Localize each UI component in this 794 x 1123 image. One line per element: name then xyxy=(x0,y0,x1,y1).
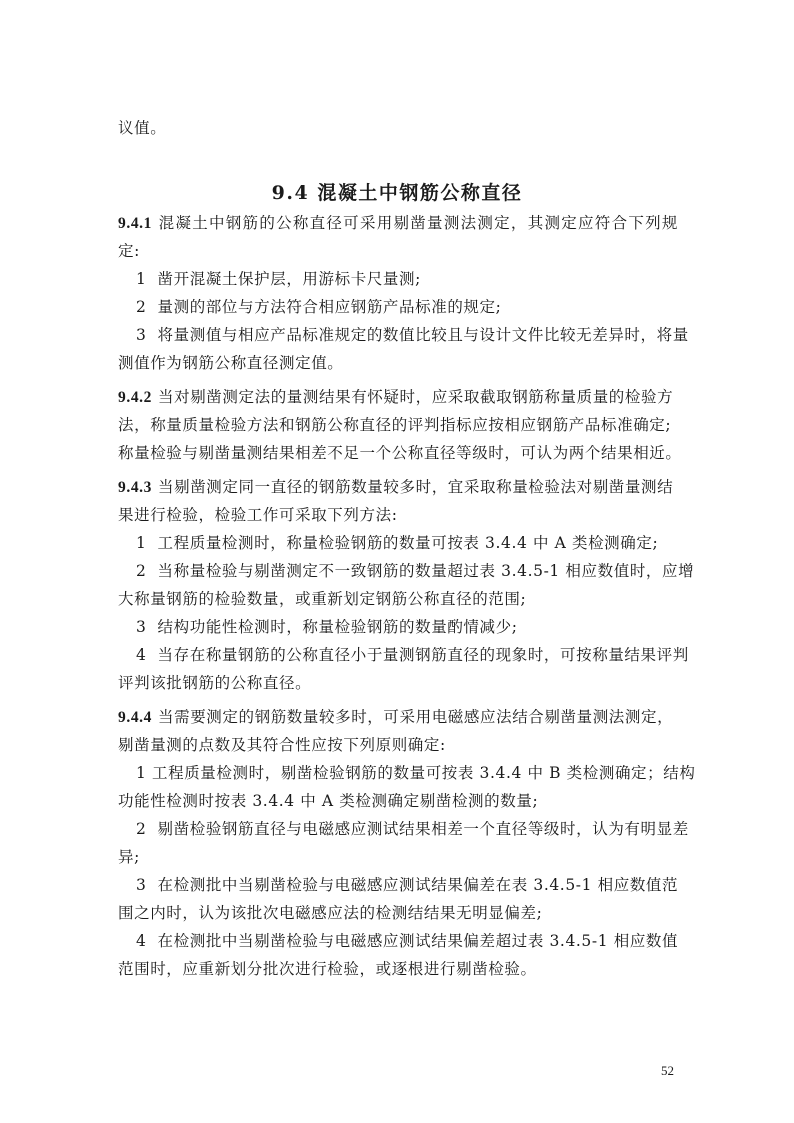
clause-number: 9.4.4 xyxy=(118,709,152,726)
clause-9-4-1-item-2: 2 量测的部位与方法符合相应钢筋产品标准的规定; xyxy=(136,297,696,317)
clause-9-4-2-line-3: 称量检验与剔凿量测结果相差不足一个公称直径等级时，可认为两个结果相近。 xyxy=(118,443,678,463)
clause-9-4-4-item-4-line-2: 范围时，应重新划分批次进行检验，或逐根进行剔凿检验。 xyxy=(118,959,678,979)
section-number: 9.4 xyxy=(272,182,310,204)
clause-9-4-4-item-1-line-2: 功能性检测时按表 3.4.4 中 A 类检测确定剔凿检测的数量; xyxy=(118,791,678,811)
clause-9-4-3-item-2-line-1: 2 当称量检验与剔凿测定不一致钢筋的数量超过表 3.4.5-1 相应数值时，应增 xyxy=(136,561,696,581)
clause-9-4-1-item-3-line-2: 测值作为钢筋公称直径测定值。 xyxy=(118,353,678,373)
carryover-text: 议值。 xyxy=(118,118,678,138)
clause-9-4-4-item-1-line-1: 1 工程质量检测时，剔凿检验钢筋的数量可按表 3.4.4 中 B 类检测确定；结… xyxy=(136,763,696,783)
clause-9-4-3-line-2: 果进行检验，检验工作可采取下列方法: xyxy=(118,505,678,525)
clause-9-4-3-line-1: 9.4.3当剔凿测定同一直径的钢筋数量较多时，宜采取称量检验法对剔凿量测结 xyxy=(118,477,678,498)
clause-9-4-2-line-2: 法，称量质量检验方法和钢筋公称直径的评判指标应按相应钢筋产品标准确定; xyxy=(118,415,678,435)
clause-number: 9.4.2 xyxy=(118,389,152,406)
clause-9-4-1-item-3-line-1: 3 将量测值与相应产品标准规定的数值比较且与设计文件比较无差异时，将量 xyxy=(136,325,678,345)
clause-9-4-4-item-2-line-2: 异; xyxy=(118,847,678,867)
clause-9-4-3-item-4-line-1: 4 当存在称量钢筋的公称直径小于量测钢筋直径的现象时，可按称量结果评判 xyxy=(136,645,696,665)
clause-number: 9.4.1 xyxy=(118,215,152,232)
clause-9-4-3-item-3: 3 结构功能性检测时，称量检验钢筋的数量酌情减少; xyxy=(136,617,696,637)
clause-9-4-4-item-4-line-1: 4 在检测批中当剔凿检验与电磁感应测试结果偏差超过表 3.4.5-1 相应数值 xyxy=(136,931,696,951)
clause-9-4-3-item-4-line-2: 评判该批钢筋的公称直径。 xyxy=(118,673,678,693)
clause-9-4-4-item-2-line-1: 2 剔凿检验钢筋直径与电磁感应测试结果相差一个直径等级时，认为有明显差 xyxy=(136,819,696,839)
document-page: 议值。 9.4 混凝土中钢筋公称直径 9.4.1混凝土中钢筋的公称直径可采用剔凿… xyxy=(0,0,794,1123)
clause-9-4-4-line-1: 9.4.4当需要测定的钢筋数量较多时，可采用电磁感应法结合剔凿量测法测定， xyxy=(118,707,678,728)
clause-9-4-2-line-1: 9.4.2当对剔凿测定法的量测结果有怀疑时，应采取截取钢筋称量质量的检验方 xyxy=(118,387,678,408)
clause-9-4-3-item-1: 1 工程质量检测时，称量检验钢筋的数量可按表 3.4.4 中 A 类检测确定; xyxy=(136,533,696,553)
clause-9-4-4-line-2: 剔凿量测的点数及其符合性应按下列原则确定: xyxy=(118,735,678,755)
clause-9-4-1-line-2: 定: xyxy=(118,241,678,261)
clause-9-4-4-item-3-line-1: 3 在检测批中当剔凿检验与电磁感应测试结果偏差在表 3.4.5-1 相应数值范 xyxy=(136,875,696,895)
clause-9-4-4-item-3-line-2: 围之内时，认为该批次电磁感应法的检测结结果无明显偏差; xyxy=(118,903,678,923)
section-title: 混凝土中钢筋公称直径 xyxy=(317,182,522,204)
clause-9-4-1-item-1: 1 凿开混凝土保护层，用游标卡尺量测; xyxy=(136,269,696,289)
page-number: 52 xyxy=(661,1063,674,1079)
clause-9-4-3-item-2-line-2: 大称量钢筋的检验数量，或重新划定钢筋公称直径的范围; xyxy=(118,589,678,609)
clause-9-4-1-line-1: 9.4.1混凝土中钢筋的公称直径可采用剔凿量测法测定，其测定应符合下列规 xyxy=(118,213,678,234)
clause-number: 9.4.3 xyxy=(118,479,152,496)
section-heading: 9.4 混凝土中钢筋公称直径 xyxy=(0,178,794,205)
